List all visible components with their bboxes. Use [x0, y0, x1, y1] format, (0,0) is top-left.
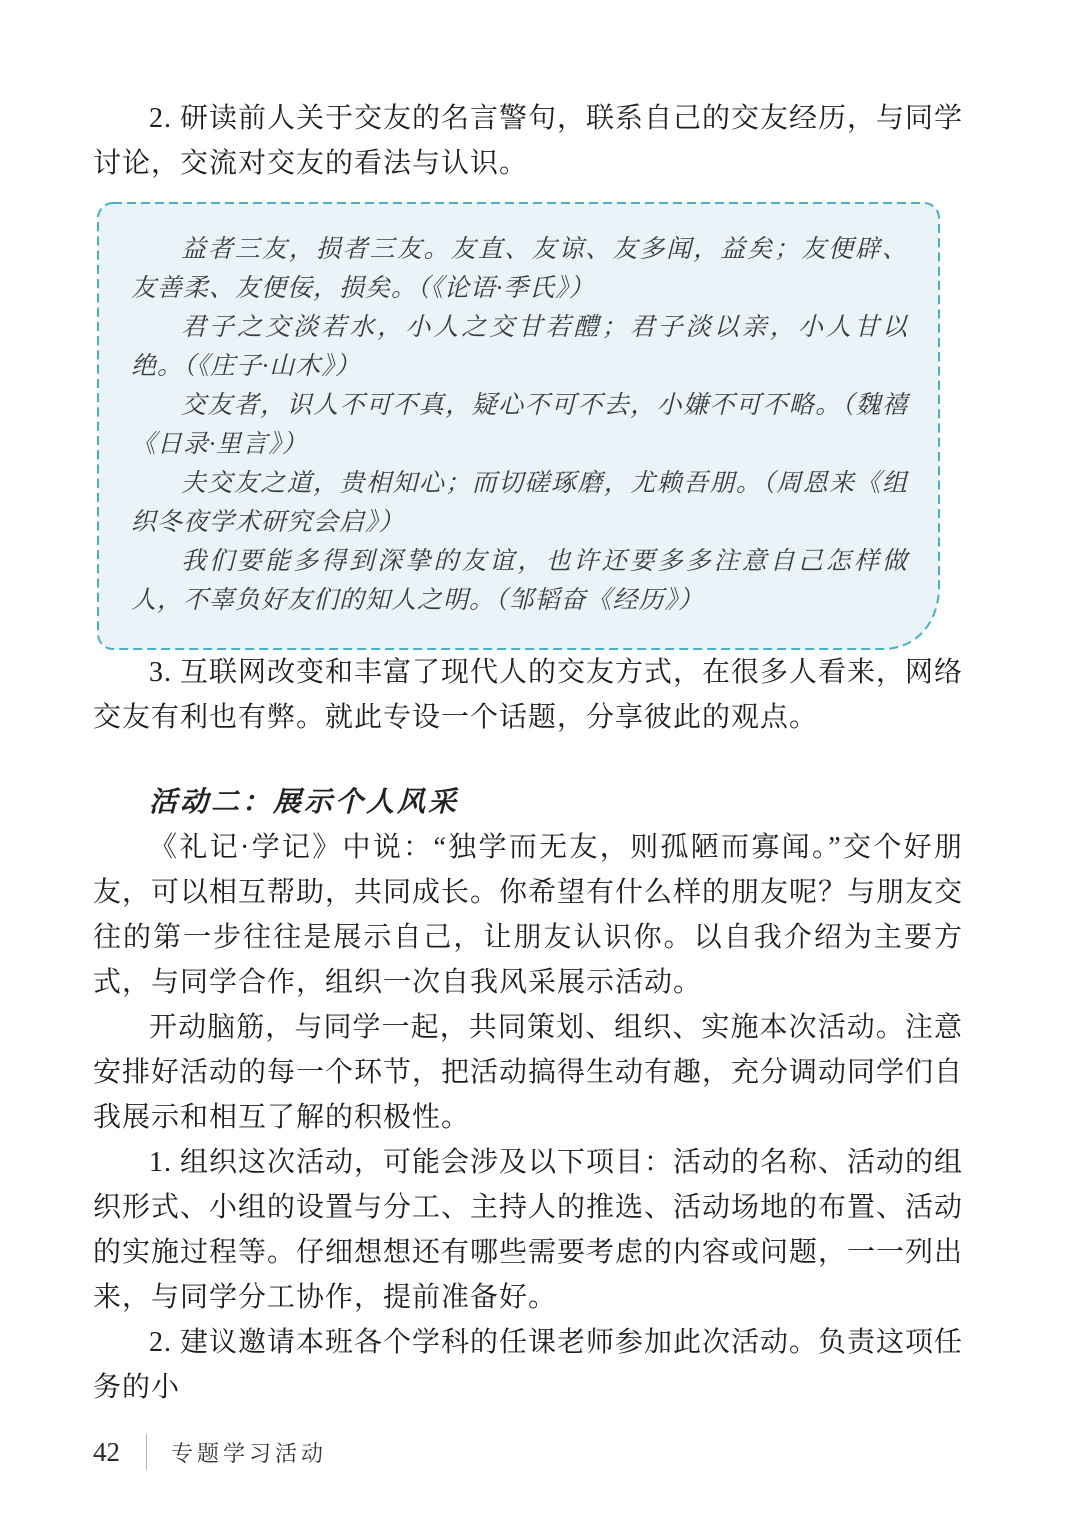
page-footer: 42 专题学习活动 [93, 1434, 327, 1470]
paragraph-brainstorm: 开动脑筋，与同学一起，共同策划、组织、实施本次活动。注意安排好活动的每一个环节，… [93, 1005, 963, 1140]
quote-box-content: 益者三友，损者三友。友直、友谅、友多闻，益矣；友便辟、友善柔、友便佞，损矣。（《… [97, 202, 940, 650]
quote-lunyu: 益者三友，损者三友。友直、友谅、友多闻，益矣；友便辟、友善柔、友便佞，损矣。（《… [131, 230, 908, 308]
footer-divider [146, 1434, 147, 1470]
quote-zhouenlai: 夫交友之道，贵相知心；而切磋琢磨，尤赖吾朋。（周恩来《组织冬夜学术研究会启》） [131, 464, 908, 542]
page-content: 2. 研读前人关于交友的名言警句，联系自己的交友经历，与同学讨论，交流对交友的看… [93, 96, 963, 1410]
footer-section-title: 专题学习活动 [171, 1437, 327, 1468]
textbook-page: 2. 研读前人关于交友的名言警句，联系自己的交友经历，与同学讨论，交流对交友的看… [0, 0, 1080, 1526]
paragraph-list-item-2: 2. 建议邀请本班各个学科的任课老师参加此次活动。负责这项任务的小 [93, 1320, 963, 1410]
quote-weixi: 交友者，识人不可不真，疑心不可不去，小嫌不可不略。（魏禧《日录·里言》） [131, 386, 908, 464]
quote-zoutaofen: 我们要能多得到深挚的友谊，也许还要多多注意自己怎样做人，不辜负好友们的知人之明。… [131, 542, 908, 620]
paragraph-list-item-1: 1. 组织这次活动，可能会涉及以下项目：活动的名称、活动的组织形式、小组的设置与… [93, 1140, 963, 1320]
paragraph-item-3: 3. 互联网改变和丰富了现代人的交友方式，在很多人看来，网络交友有利也有弊。就此… [93, 650, 963, 740]
paragraph-item-2: 2. 研读前人关于交友的名言警句，联系自己的交友经历，与同学讨论，交流对交友的看… [93, 96, 963, 186]
quote-zhuangzi: 君子之交淡若水，小人之交甘若醴；君子淡以亲，小人甘以绝。（《庄子·山木》） [131, 308, 908, 386]
page-number: 42 [93, 1437, 120, 1468]
quote-box: 益者三友，损者三友。友直、友谅、友多闻，益矣；友便辟、友善柔、友便佞，损矣。（《… [97, 202, 940, 650]
paragraph-liji: 《礼记·学记》中说：“独学而无友，则孤陋而寡闻。”交个好朋友，可以相互帮助，共同… [93, 825, 963, 1005]
activity-2-heading: 活动二：展示个人风采 [93, 780, 963, 825]
